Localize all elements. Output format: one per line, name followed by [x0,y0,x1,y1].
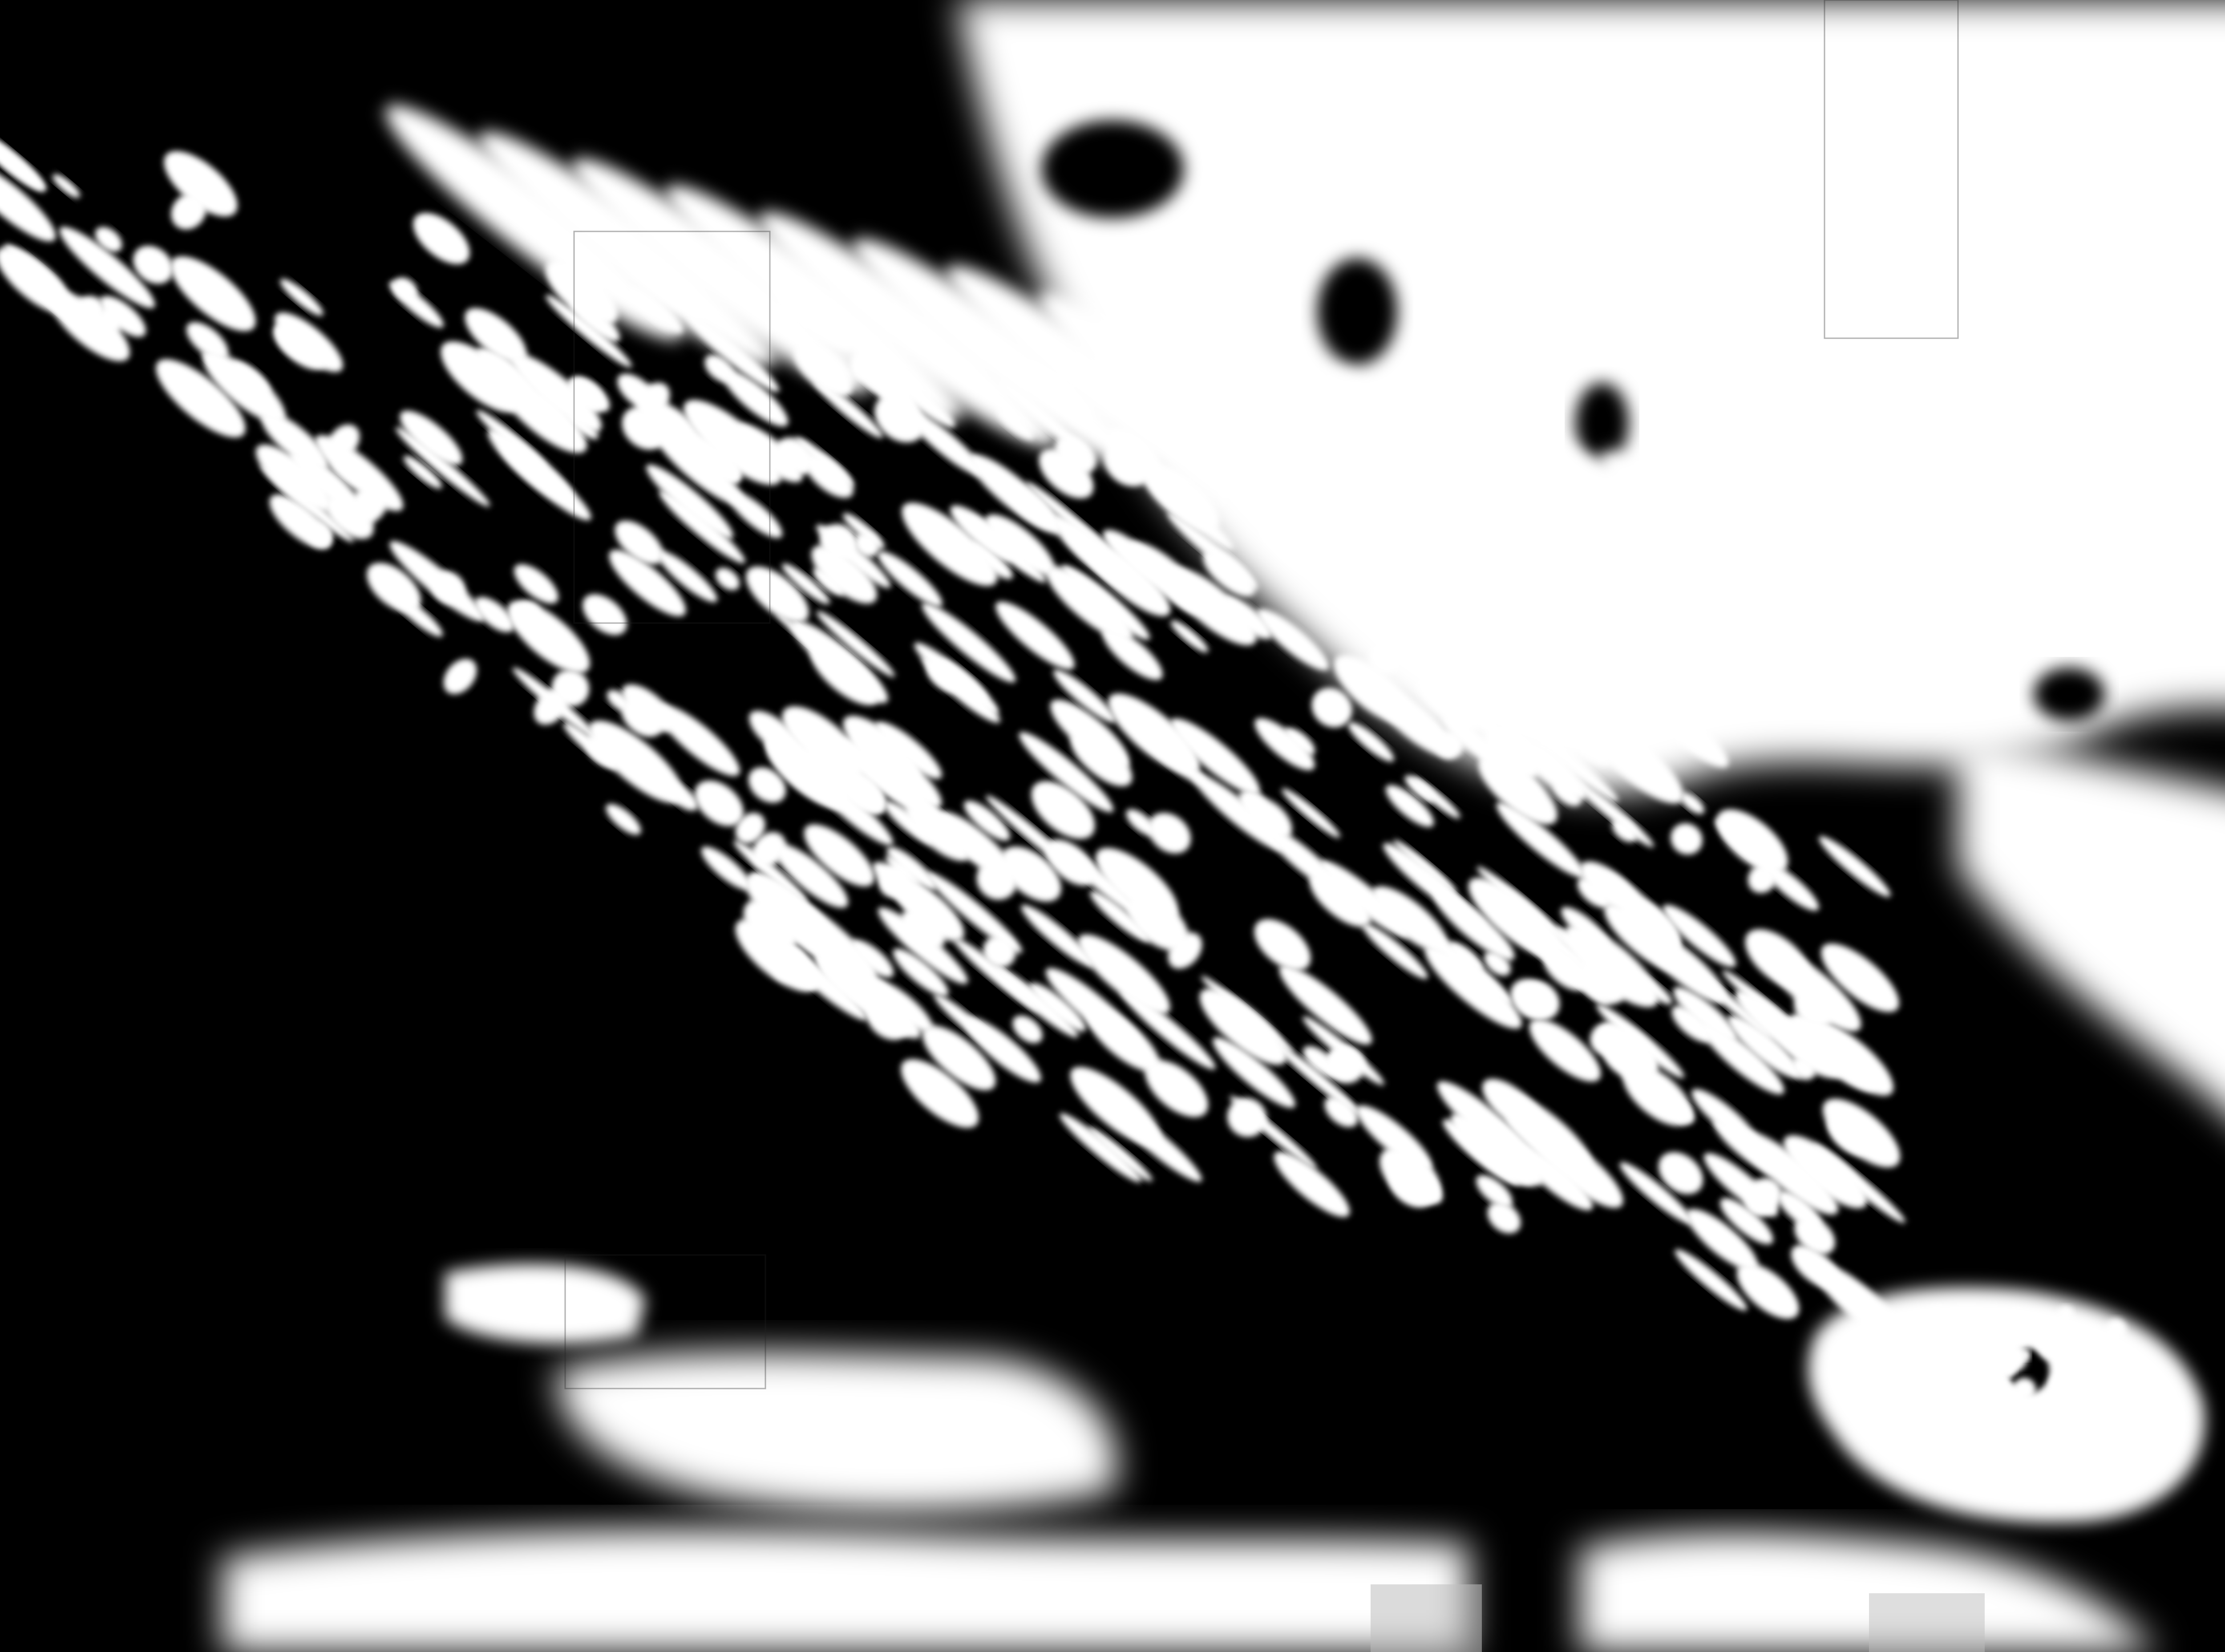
cloud-field [0,0,2225,1652]
satellite-cloud-image [0,0,2225,1652]
